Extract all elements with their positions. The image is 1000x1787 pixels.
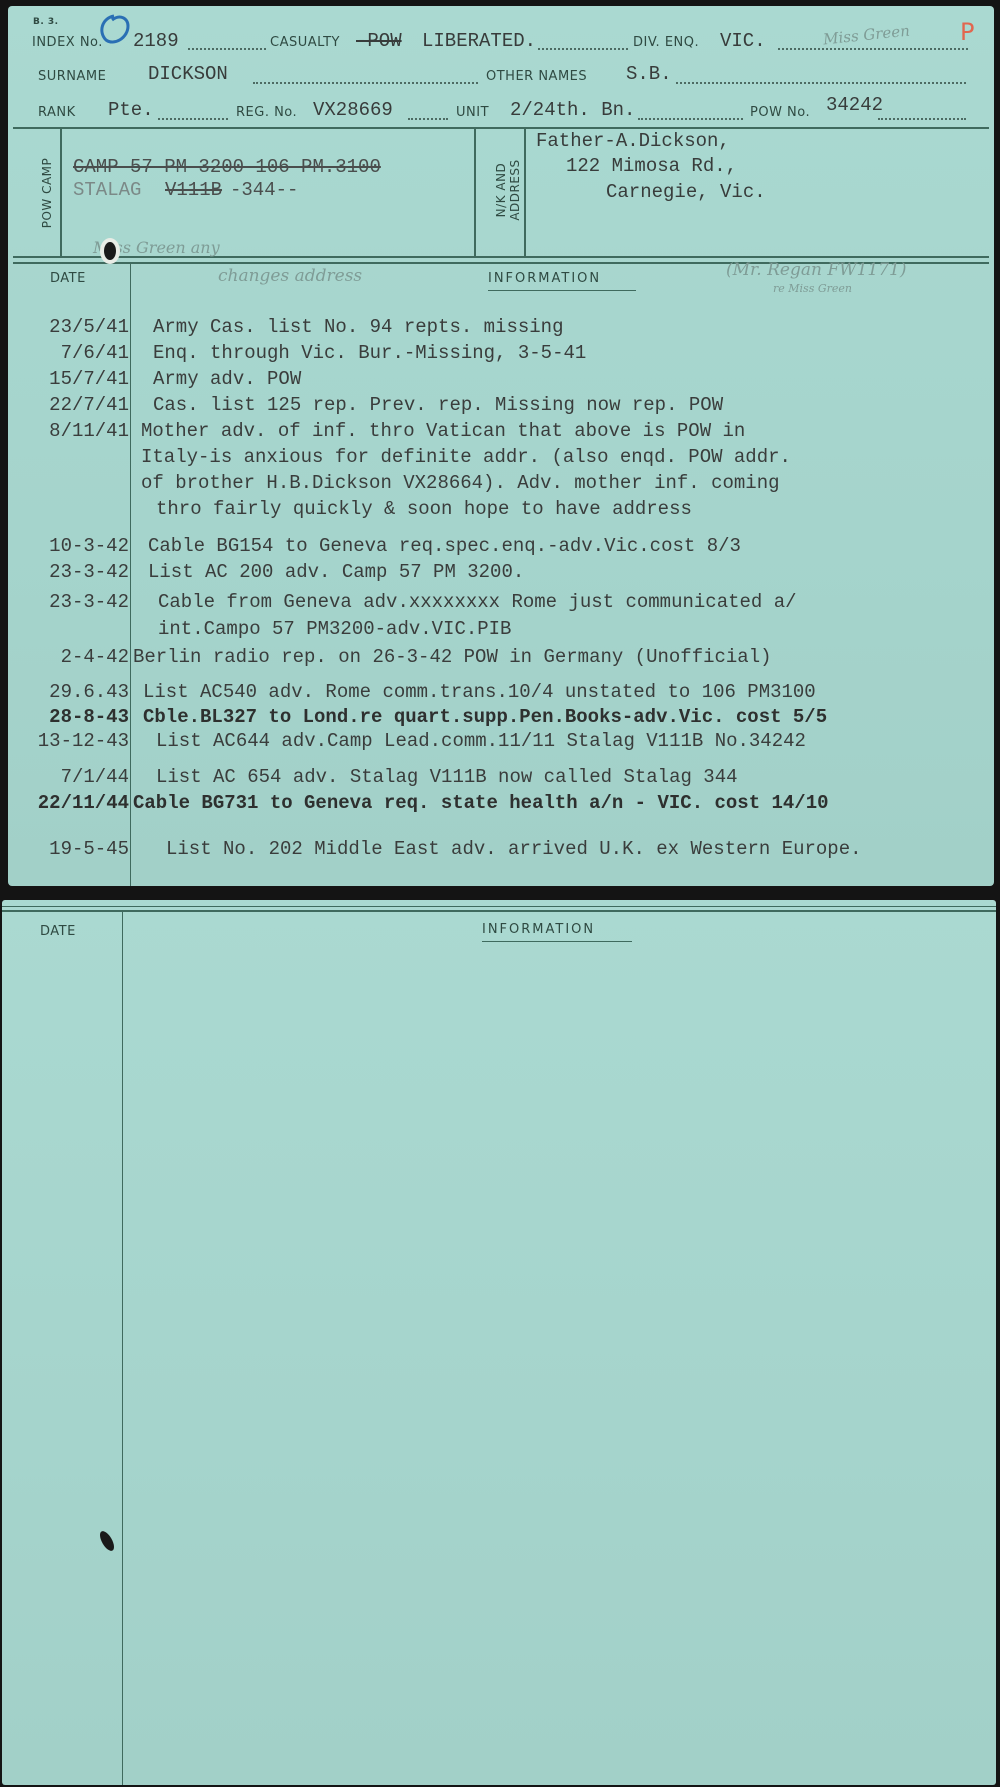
back-date-header: DATE [40,924,76,939]
entry-date: 8/11/41 [4,420,129,442]
entry-text: Berlin radio rep. on 26-3-42 POW in Germ… [133,646,772,668]
entry-text: Cble.BL327 to Lond.re quart.supp.Pen.Boo… [143,706,827,728]
nk-address-line3: Carnegie, Vic. [606,181,766,203]
entry-date: 23-3-42 [4,591,129,613]
nk-address-line2: 122 Mimosa Rd., [566,155,737,177]
reg-no-value: VX28669 [313,99,393,121]
entry-text: Enq. through Vic. Bur.-Missing, 3-5-41 [153,342,586,364]
record-card-front: B. 3. INDEX No. 2189 CASUALTY -POW LIBER… [8,6,994,886]
pow-no-value: 34242 [826,94,883,116]
entry-text: Army Cas. list No. 94 repts. missing [153,316,563,338]
entry-text: Cable BG731 to Geneva req. state health … [133,792,829,814]
nk-label-line1: N/K AND [494,163,508,218]
pencil-note-right: (Mr. Regan FW1171) [726,260,907,280]
entry-date: 28-8-43 [4,706,129,728]
other-names-value: S.B. [626,63,672,85]
entry-text: List AC 654 adv. Stalag V111B now called… [156,766,738,788]
punch-mark [97,1529,117,1553]
reg-no-label: REG. No. [236,105,297,120]
pencil-note-right-sub: re Miss Green [773,282,852,295]
entry-date: 23/5/41 [4,316,129,338]
entry-text: Army adv. POW [153,368,301,390]
entry-date: 23-3-42 [4,561,129,583]
pencil-note-top: Miss Green [822,22,910,49]
rank-value: Pte. [108,99,154,121]
entry-date: 22/7/41 [4,394,129,416]
information-header: INFORMATION [488,271,601,286]
entry-text: List AC644 adv.Camp Lead.comm.11/11 Stal… [156,730,806,752]
entry-text: int.Campo 57 PM3200-adv.VIC.PIB [158,618,511,640]
casualty-struck: -POW [356,30,402,52]
nk-address-label: N/K AND ADDRESS [494,150,522,230]
entry-date: 7/1/44 [4,766,129,788]
entry-date: 19-5-45 [4,838,129,860]
entry-text: List AC540 adv. Rome comm.trans.10/4 uns… [143,681,816,703]
entry-date: 10-3-42 [4,535,129,557]
pencil-note-center: changes address [218,266,362,286]
entry-date: 13-12-43 [4,730,129,752]
surname-value: DICKSON [148,63,228,85]
unit-value: 2/24th. Bn. [510,99,635,121]
entry-text: thro fairly quickly & soon hope to have … [156,498,692,520]
pow-camp-line2-value: -344-- [230,179,298,201]
nk-label-line2: ADDRESS [508,159,522,220]
pow-camp-label: POW CAMP [40,153,54,233]
entry-date: 29.6.43 [4,681,129,703]
entry-text: Cable BG154 to Geneva req.spec.enq.-adv.… [148,535,741,557]
entry-date: 2-4-42 [4,646,129,668]
red-mark: P [960,18,974,46]
entry-text: List No. 202 Middle East adv. arrived U.… [166,838,862,860]
index-value: 2189 [133,30,179,52]
entry-date: 15/7/41 [4,368,129,390]
date-header: DATE [50,271,86,286]
pow-camp-line2-prefix: STALAG [73,179,141,201]
back-information-header: INFORMATION [482,922,595,937]
div-enq-label: DIV. ENQ. [633,35,699,50]
entry-text: List AC 200 adv. Camp 57 PM 3200. [148,561,524,583]
entry-date: 22/11/44 [4,792,129,814]
punch-hole-inner [104,242,116,260]
entry-text: Italy-is anxious for definite addr. (als… [141,446,791,468]
entry-text: Cable from Geneva adv.xxxxxxxx Rome just… [158,591,797,613]
record-card-back: DATE INFORMATION [2,900,996,1785]
div-enq-value: VIC. [720,30,766,52]
surname-label: SURNAME [38,69,106,84]
nk-address-line1: Father-A.Dickson, [536,130,730,152]
entry-date: 7/6/41 [4,342,129,364]
entry-text: Mother adv. of inf. thro Vatican that ab… [141,420,745,442]
pow-camp-line2-struck: V111B [165,179,222,201]
other-names-label: OTHER NAMES [486,69,587,84]
casualty-value: LIBERATED. [422,30,536,52]
index-label: INDEX No. [32,35,103,50]
entry-text: of brother H.B.Dickson VX28664). Adv. mo… [141,472,780,494]
rank-label: RANK [38,105,76,120]
casualty-label: CASUALTY [270,35,340,50]
pow-camp-line1-struck: CAMP 57 PM 3200 106 PM.3100 [73,156,381,178]
entry-text: Cas. list 125 rep. Prev. rep. Missing no… [153,394,723,416]
form-code: B. 3. [33,17,59,27]
unit-label: UNIT [456,105,489,120]
pow-no-label: POW No. [750,105,810,120]
